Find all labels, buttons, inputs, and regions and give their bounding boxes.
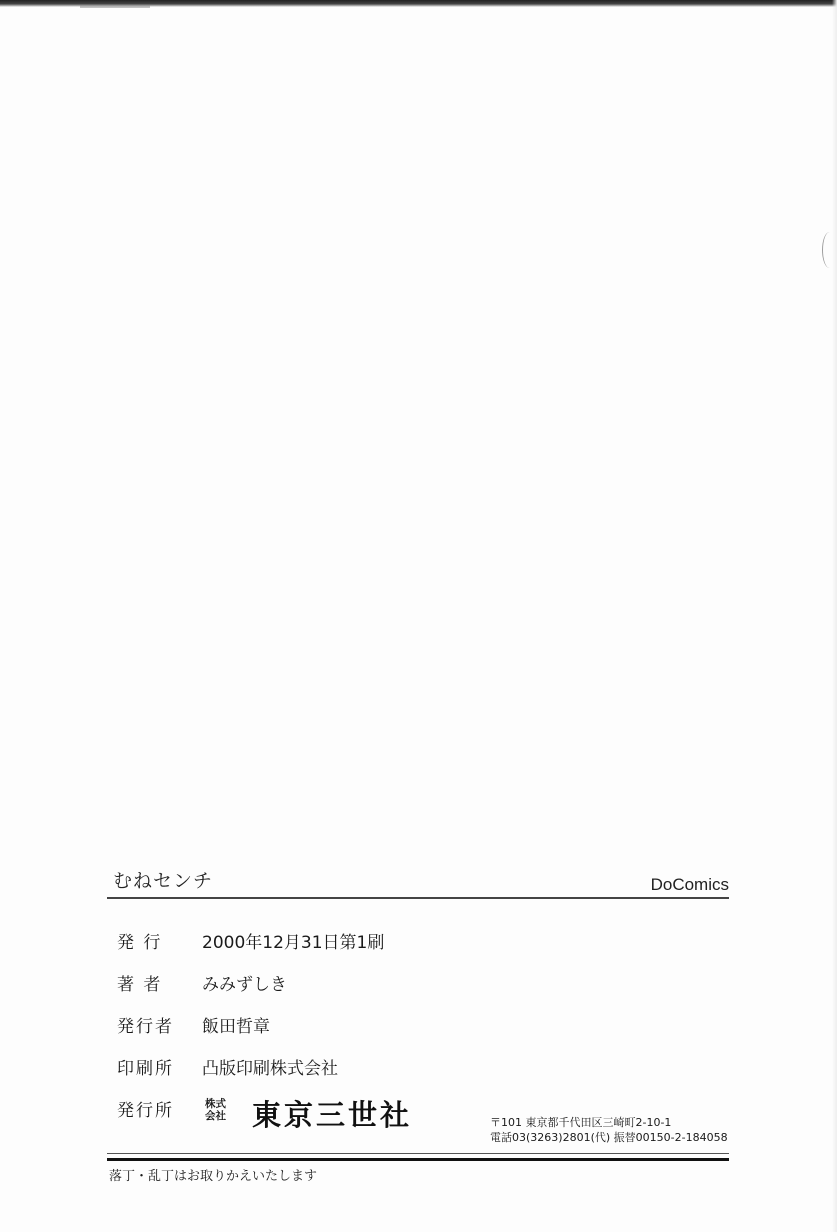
row-author: 著 者 みみずしき	[107, 970, 729, 1012]
publisher-name: 東京三世社	[252, 1093, 412, 1134]
corp-prefix-line1: 株式	[205, 1098, 229, 1110]
row-publisher: 発行所 株式 会社 東京三世社 〒101 東京都千代田区三崎町2-10-1 電話…	[107, 1096, 729, 1146]
row-label: 印刷所	[117, 1054, 174, 1079]
address-line: 〒101 東京都千代田区三崎町2-10-1	[490, 1115, 728, 1130]
scan-artifact	[80, 5, 150, 8]
divider-bottom-thin	[107, 1153, 729, 1154]
phone-line: 電話03(3263)2801(代) 振替00150-2-184058	[490, 1130, 728, 1145]
divider-bottom-thick	[107, 1158, 729, 1161]
book-title: むねセンチ	[113, 866, 213, 893]
scan-edge-right	[832, 0, 837, 1232]
imprint-label: DoComics	[651, 875, 729, 895]
row-value: 凸版印刷株式会社	[202, 1054, 338, 1079]
divider-top	[107, 897, 729, 899]
row-label: 発行者	[117, 1012, 174, 1037]
publisher-address: 〒101 東京都千代田区三崎町2-10-1 電話03(3263)2801(代) …	[490, 1115, 728, 1145]
row-issuer: 発行者 飯田哲章	[107, 1012, 729, 1054]
colophon-header: むねセンチ DoComics	[107, 862, 729, 896]
corp-prefix: 株式 会社	[205, 1098, 229, 1122]
row-printer: 印刷所 凸版印刷株式会社	[107, 1054, 729, 1096]
row-issue-date: 発 行 2000年12月31日第1刷	[107, 928, 729, 970]
row-label: 著 者	[117, 970, 162, 995]
row-label: 発行所	[117, 1096, 174, 1121]
colophon: むねセンチ DoComics 発 行 2000年12月31日第1刷 著 者 みみ…	[107, 862, 729, 896]
replacement-notice: 落丁・乱丁はお取りかえいたします	[109, 1165, 317, 1184]
corp-prefix-line2: 会社	[205, 1110, 229, 1122]
row-value: みみずしき	[202, 970, 287, 995]
row-value: 2000年12月31日第1刷	[202, 928, 384, 953]
row-label: 発 行	[117, 928, 162, 953]
colophon-rows: 発 行 2000年12月31日第1刷 著 者 みみずしき 発行者 飯田哲章 印刷…	[107, 928, 729, 1146]
row-value: 飯田哲章	[202, 1012, 270, 1037]
